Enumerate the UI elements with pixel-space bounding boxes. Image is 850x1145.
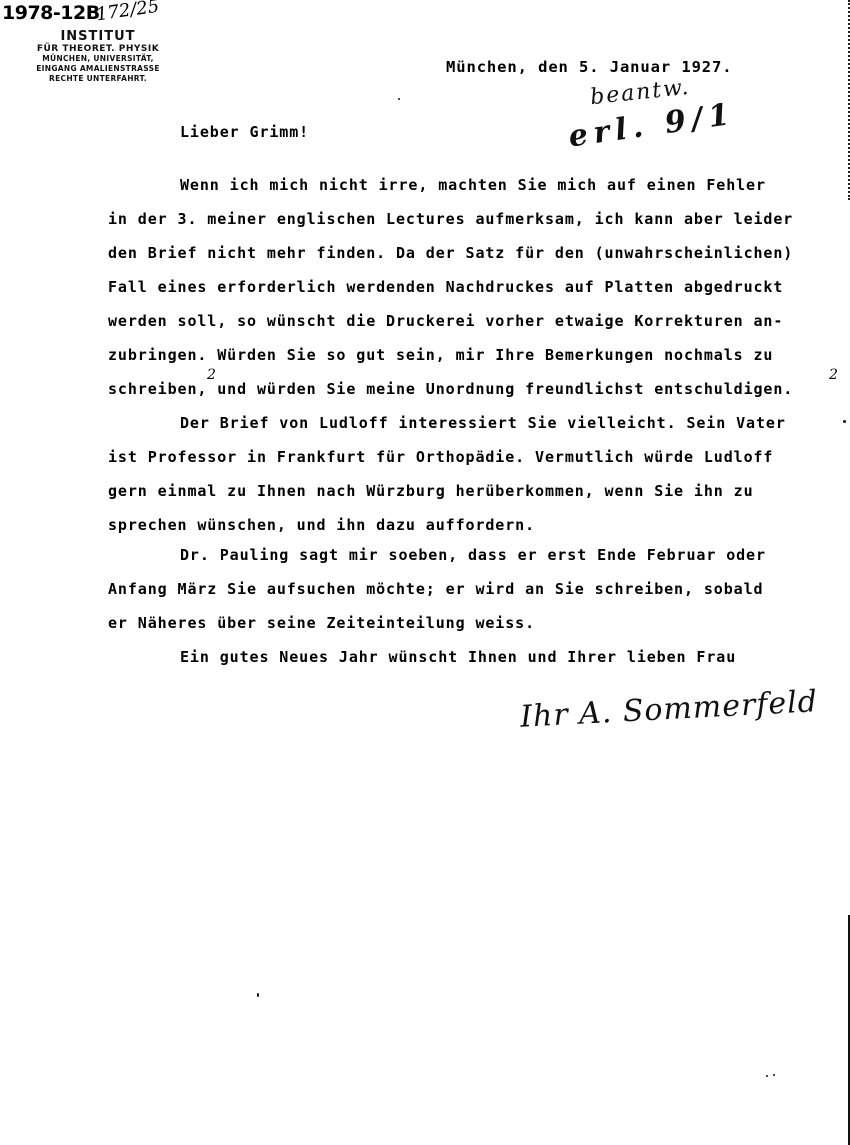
letter-line: Dr. Pauling sagt mir soeben, dass er ers… [180, 546, 766, 564]
letter-line: Ein gutes Neues Jahr wünscht Ihnen und I… [180, 648, 736, 666]
scan-speck [766, 1075, 768, 1077]
stamp-line: EINGANG AMALIENSTRASSE [18, 64, 178, 74]
margin-mark: 2 [829, 367, 838, 383]
margin-mark: 2 [207, 367, 216, 383]
letter-line: Der Brief von Ludloff interessiert Sie v… [180, 414, 786, 432]
letter-line: in der 3. meiner englischen Lectures auf… [108, 210, 793, 228]
stamp-line: FÜR THEORET. PHYSIK [18, 44, 178, 54]
stamp-line: MÜNCHEN, UNIVERSITÄT, [18, 54, 178, 64]
letter-line: ist Professor in Frankfurt für Orthopädi… [108, 448, 773, 466]
letter-line: werden soll, so wünscht die Druckerei vo… [108, 312, 783, 330]
letter-line: Fall eines erforderlich werdenden Nachdr… [108, 278, 783, 296]
institute-stamp: INSTITUT FÜR THEORET. PHYSIK MÜNCHEN, UN… [18, 30, 178, 84]
letter-line: er Näheres über seine Zeiteinteilung wei… [108, 614, 535, 632]
letter-line: den Brief nicht mehr finden. Da der Satz… [108, 244, 793, 262]
archive-reference: 1978-12B [2, 2, 100, 24]
scan-speck [773, 1074, 775, 1076]
archive-handwritten-number: 172/25 [95, 0, 161, 25]
letter-line: Anfang März Sie aufsuchen möchte; er wir… [108, 580, 763, 598]
letter-line: gern einmal zu Ihnen nach Würzburg herüb… [108, 482, 754, 500]
letter-line: sprechen wünschen, und ihn dazu aufforde… [108, 516, 535, 534]
letter-page: 1978-12B 172/25 INSTITUT FÜR THEORET. PH… [0, 0, 850, 1145]
salutation: Lieber Grimm! [180, 123, 309, 141]
scan-speck [843, 420, 846, 423]
stamp-line: INSTITUT [18, 30, 178, 44]
scan-speck [398, 98, 400, 100]
scan-speck [257, 993, 259, 997]
place-date: München, den 5. Januar 1927. [446, 58, 733, 76]
signature: Ihr A. Sommerfeld [519, 684, 818, 735]
letter-line: Wenn ich mich nicht irre, machten Sie mi… [180, 176, 766, 194]
letter-line: zubringen. Würden Sie so gut sein, mir I… [108, 346, 773, 364]
stamp-line: RECHTE UNTERFAHRT. [18, 74, 178, 84]
